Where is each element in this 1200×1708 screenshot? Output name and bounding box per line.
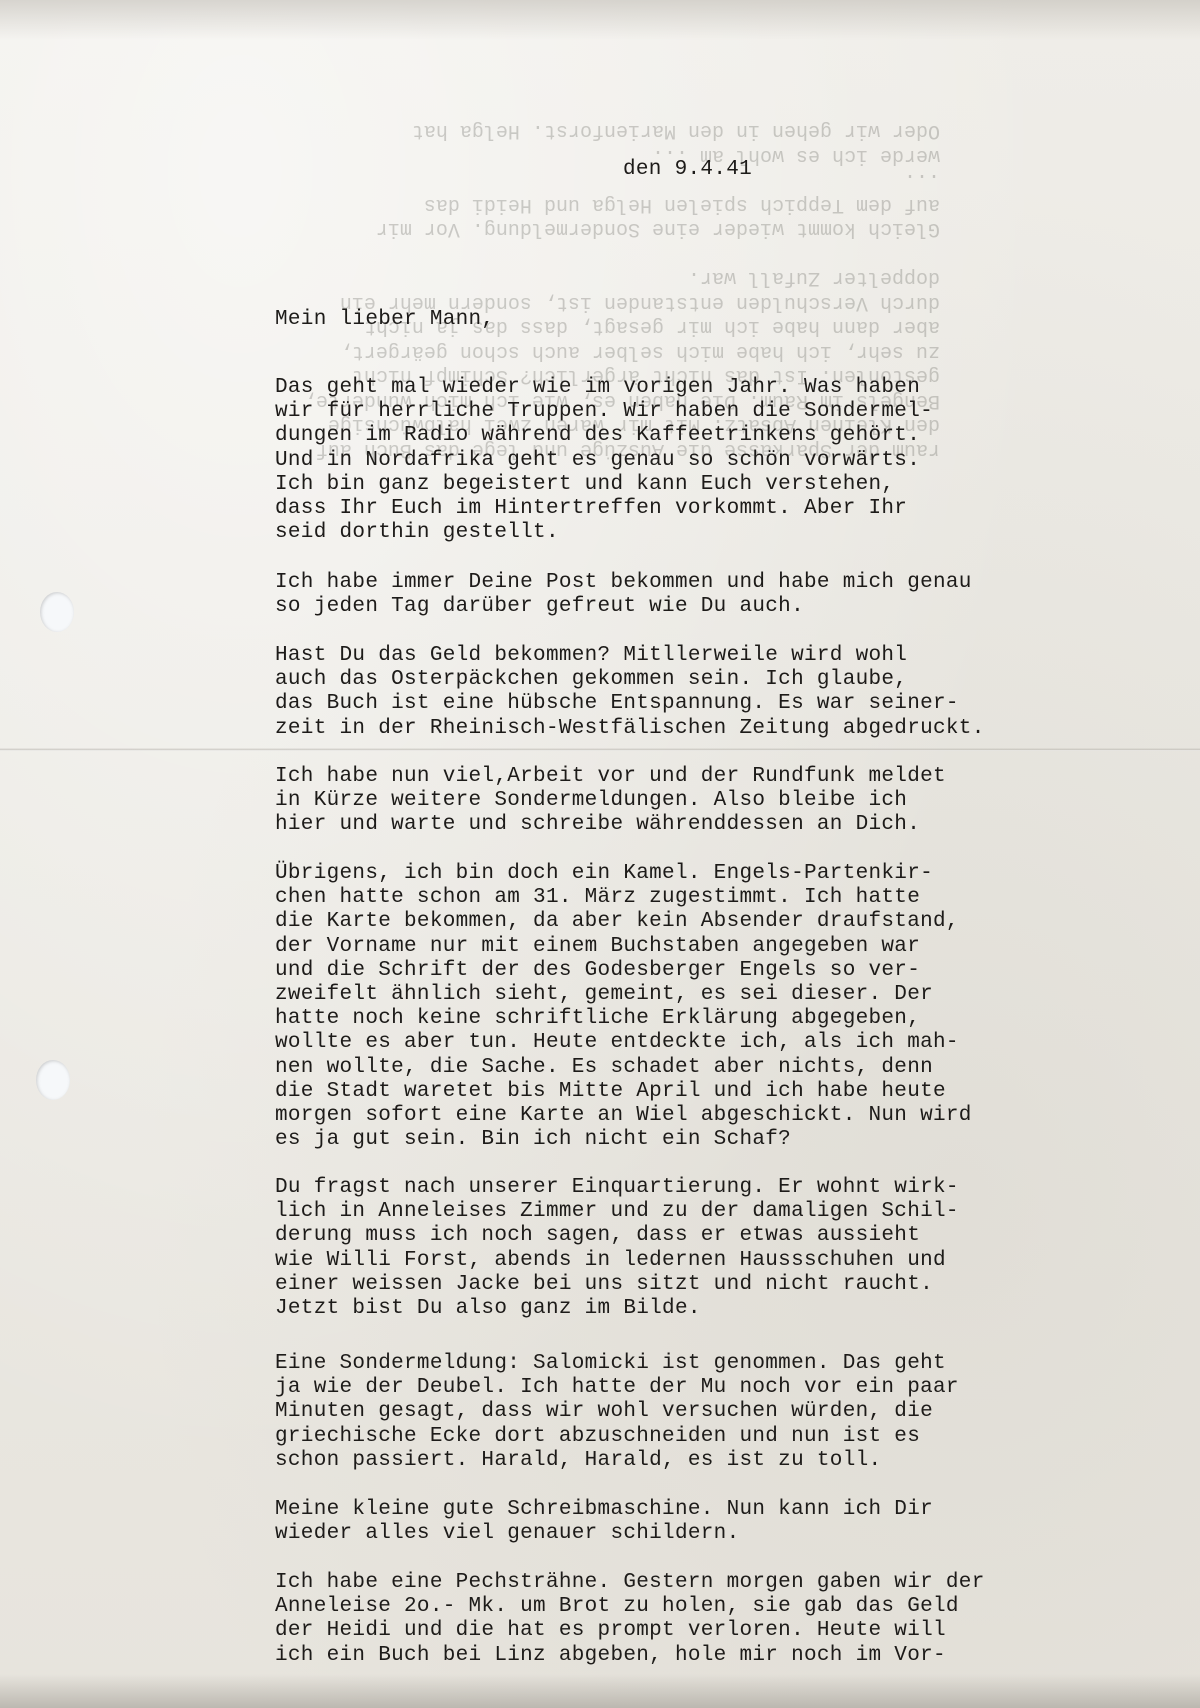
text-line: die Karte bekommen, da aber kein Absende…	[275, 910, 972, 934]
text-line: der Heidi und die hat es prompt verloren…	[275, 1619, 985, 1643]
text-line: Das geht mal wieder wie im vorigen Jahr.…	[275, 376, 933, 400]
text-line: zweifelt ähnlich sieht, gemeint, es sei …	[275, 983, 972, 1007]
letter-paragraph: Übrigens, ich bin doch ein Kamel. Engels…	[275, 862, 972, 1152]
text-line: griechische Ecke dort abzuschneiden und …	[275, 1425, 959, 1449]
text-line: die Stadt waretet bis Mitte April und ic…	[275, 1080, 972, 1104]
letter-date: den 9.4.41	[623, 158, 752, 182]
text-line: das Buch ist eine hübsche Entspannung. E…	[275, 692, 985, 716]
text-line: dass Ihr Euch im Hintertreffen vorkommt.…	[275, 497, 933, 521]
scan-edge-shadow-bottom	[0, 1674, 1200, 1708]
text-line: Anneleise 2o.- Mk. um Brot zu holen, sie…	[275, 1595, 985, 1619]
text-line: Ich habe nun viel,Arbeit vor und der Run…	[275, 765, 946, 789]
paper-fold-line	[0, 748, 1200, 751]
text-line: wie Willi Forst, abends in ledernen Haus…	[275, 1249, 959, 1273]
text-line: schon passiert. Harald, Harald, es ist z…	[275, 1449, 959, 1473]
text-line: nen wollte, die Sache. Es schadet aber n…	[275, 1056, 972, 1080]
text-line: ja wie der Deubel. Ich hatte der Mu noch…	[275, 1376, 959, 1400]
letter-paragraph: Du fragst nach unserer Einquartierung. E…	[275, 1176, 959, 1321]
text-line: zeit in der Rheinisch-Westfälischen Zeit…	[275, 717, 985, 741]
letter-paragraph: Das geht mal wieder wie im vorigen Jahr.…	[275, 376, 933, 545]
text-line: chen hatte schon am 31. März zugestimmt.…	[275, 886, 972, 910]
text-line: auch das Osterpäckchen gekommen sein. Ic…	[275, 668, 985, 692]
text-line: Ich bin ganz begeistert und kann Euch ve…	[275, 473, 933, 497]
text-line: Jetzt bist Du also ganz im Bilde.	[275, 1297, 959, 1321]
text-line: Ich habe immer Deine Post bekommen und h…	[275, 571, 972, 595]
text-line: seid dorthin gestellt.	[275, 521, 933, 545]
text-line: Minuten gesagt, dass wir wohl versuchen …	[275, 1400, 959, 1424]
punch-hole-icon	[40, 592, 74, 632]
letter-paragraph: Eine Sondermeldung: Salomicki ist genomm…	[275, 1352, 959, 1473]
text-line: hatte noch keine schriftliche Erklärung …	[275, 1007, 972, 1031]
text-line: lich in Anneleises Zimmer und zu der dam…	[275, 1200, 959, 1224]
text-line: Übrigens, ich bin doch ein Kamel. Engels…	[275, 862, 972, 886]
text-line: Eine Sondermeldung: Salomicki ist genomm…	[275, 1352, 959, 1376]
text-line: wieder alles viel genauer schildern.	[275, 1522, 933, 1546]
text-line: Und in Nordafrika geht es genau so schön…	[275, 449, 933, 473]
text-line: dungen im Radio während des Kaffeetrinke…	[275, 424, 933, 448]
text-line: Meine kleine gute Schreibmaschine. Nun k…	[275, 1498, 933, 1522]
letter-paragraph: Hast Du das Geld bekommen? Mitllerweile …	[275, 644, 985, 741]
text-line: wollte es aber tun. Heute entdeckte ich,…	[275, 1031, 972, 1055]
text-line: ich ein Buch bei Linz abgeben, hole mir …	[275, 1644, 985, 1668]
text-line: einer weissen Jacke bei uns sitzt und ni…	[275, 1273, 959, 1297]
letter-page: raum der Sparkasse die Auszüge und lege …	[0, 0, 1200, 1708]
text-line: hier und warte und schreibe währenddesse…	[275, 813, 946, 837]
text-line: morgen sofort eine Karte an Wiel abgesch…	[275, 1104, 972, 1128]
text-line: der Vorname nur mit einem Buchstaben ang…	[275, 935, 972, 959]
scan-edge-shadow-top	[0, 0, 1200, 40]
letter-paragraph: Ich habe eine Pechsträhne. Gestern morge…	[275, 1571, 985, 1668]
letter-paragraph: Ich habe nun viel,Arbeit vor und der Run…	[275, 765, 946, 838]
text-line: derung muss ich noch sagen, dass er etwa…	[275, 1224, 959, 1248]
letter-paragraph: Meine kleine gute Schreibmaschine. Nun k…	[275, 1498, 933, 1546]
text-line: Du fragst nach unserer Einquartierung. E…	[275, 1176, 959, 1200]
letter-paragraph: Ich habe immer Deine Post bekommen und h…	[275, 571, 972, 619]
text-line: es ja gut sein. Bin ich nicht ein Schaf?	[275, 1128, 972, 1152]
text-line: Hast Du das Geld bekommen? Mitllerweile …	[275, 644, 985, 668]
text-line: Ich habe eine Pechsträhne. Gestern morge…	[275, 1571, 985, 1595]
text-line: und die Schrift der des Godesberger Enge…	[275, 959, 972, 983]
letter-salutation: Mein lieber Mann,	[275, 308, 494, 332]
text-line: wir für herrliche Truppen. Wir haben die…	[275, 400, 933, 424]
punch-hole-icon	[36, 1060, 70, 1100]
text-line: so jeden Tag darüber gefreut wie Du auch…	[275, 595, 972, 619]
text-line: in Kürze weitere Sondermeldungen. Also b…	[275, 789, 946, 813]
